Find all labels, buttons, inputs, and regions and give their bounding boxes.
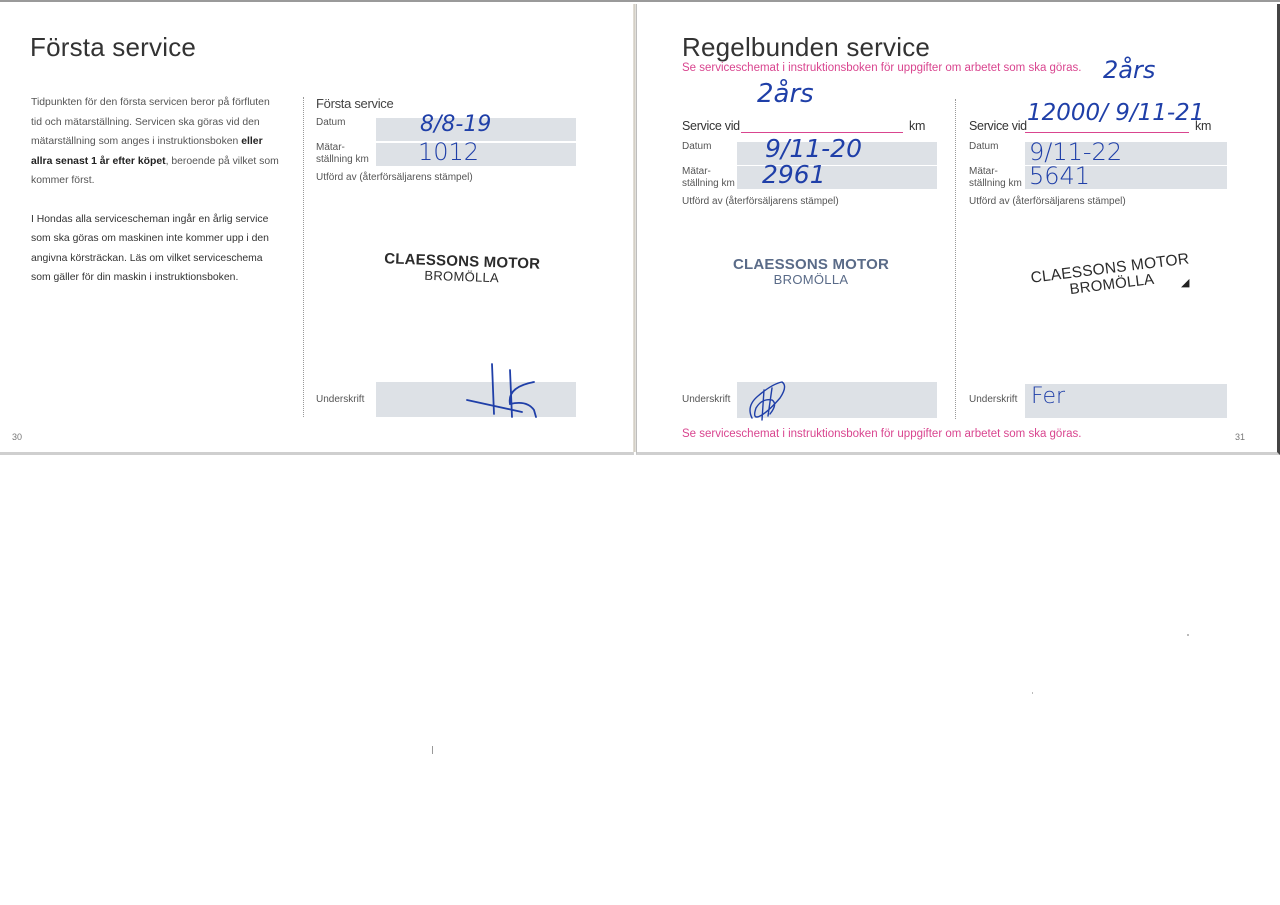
form-heading: Första service <box>316 96 393 111</box>
annotation-2ars: 2års <box>757 79 814 109</box>
page-title: Första service <box>30 32 196 63</box>
stamp-line-1: CLAESSONS MOTOR <box>727 257 895 273</box>
service-at-label: Service vid <box>682 120 740 132</box>
stamp-logo-icon: ◢ <box>1181 276 1189 289</box>
column-divider <box>303 97 304 417</box>
column-divider <box>955 99 956 419</box>
scan-speck <box>1187 634 1189 636</box>
service-at-value: 12000/ 9/11-21 <box>1027 100 1204 126</box>
odometer-value: 2961 <box>762 160 826 189</box>
odometer-label-line2: ställning km <box>969 178 1022 190</box>
page-number: 31 <box>1235 432 1245 442</box>
service-at-line[interactable] <box>741 132 903 133</box>
odometer-label: Mätar- ställning km <box>682 166 735 190</box>
annotation-2ars: 2års <box>1103 56 1155 84</box>
odometer-value: 5641 <box>1029 162 1090 190</box>
signature-icon <box>742 376 792 426</box>
km-label: km <box>909 120 925 132</box>
odometer-label: Mätar- ställning km <box>969 166 1022 190</box>
signature-label: Underskrift <box>969 394 1017 406</box>
date-value: 9/11-20 <box>765 134 862 163</box>
date-value: 8/8-19 <box>420 112 491 137</box>
stamp-line-2: BROMÖLLA <box>727 273 895 287</box>
date-label: Datum <box>969 141 998 153</box>
km-label: km <box>1195 120 1211 132</box>
right-page: Regelbunden service Se serviceschemat i … <box>636 4 1280 455</box>
dealer-stamp: CLAESSONS MOTOR BROMÖLLA <box>1026 251 1197 303</box>
signature-label: Underskrift <box>316 394 364 406</box>
intro-text: Tidpunkten för den första servicen beror… <box>31 93 281 307</box>
performed-by-label: Utförd av (återförsäljarens stämpel) <box>316 172 473 184</box>
odometer-label-line2: ställning km <box>682 178 735 190</box>
intro-paragraph-1: Tidpunkten för den första servicen beror… <box>31 93 281 191</box>
odometer-label-line1: Mätar- <box>682 166 735 178</box>
left-page: Första service Tidpunkten för den första… <box>0 4 634 455</box>
signature-label: Underskrift <box>682 394 730 406</box>
page-number: 30 <box>12 432 22 442</box>
signature-icon <box>462 362 552 422</box>
odometer-value: 1012 <box>418 138 479 166</box>
scan-speck <box>1032 692 1033 694</box>
service-at-label: Service vid <box>969 120 1027 132</box>
odometer-label-line1: Mätar- <box>316 142 369 154</box>
scan-speck <box>432 746 433 754</box>
schedule-note-top: Se serviceschemat i instruktionsboken fö… <box>682 62 1082 74</box>
service-at-line[interactable] <box>1025 132 1189 133</box>
intro-text-part: Tidpunkten för den första servicen beror… <box>31 97 270 147</box>
schedule-note-bottom: Se serviceschemat i instruktionsboken fö… <box>682 428 1082 440</box>
performed-by-label: Utförd av (återförsäljarens stämpel) <box>682 196 839 208</box>
odometer-label-line1: Mätar- <box>969 166 1022 178</box>
dealer-stamp: CLAESSONS MOTOR BROMÖLLA <box>378 251 547 286</box>
intro-paragraph-2: I Hondas alla servicescheman ingår en år… <box>31 210 281 288</box>
date-label: Datum <box>316 117 345 129</box>
date-label: Datum <box>682 141 711 153</box>
odometer-label: Mätar- ställning km <box>316 142 369 166</box>
signature-value: Fer <box>1031 384 1065 409</box>
performed-by-label: Utförd av (återförsäljarens stämpel) <box>969 196 1126 208</box>
page-title: Regelbunden service <box>682 32 930 63</box>
service-booklet-spread: Första service Tidpunkten för den första… <box>0 0 1280 454</box>
odometer-label-line2: ställning km <box>316 154 369 166</box>
dealer-stamp: CLAESSONS MOTOR BROMÖLLA <box>727 257 895 286</box>
